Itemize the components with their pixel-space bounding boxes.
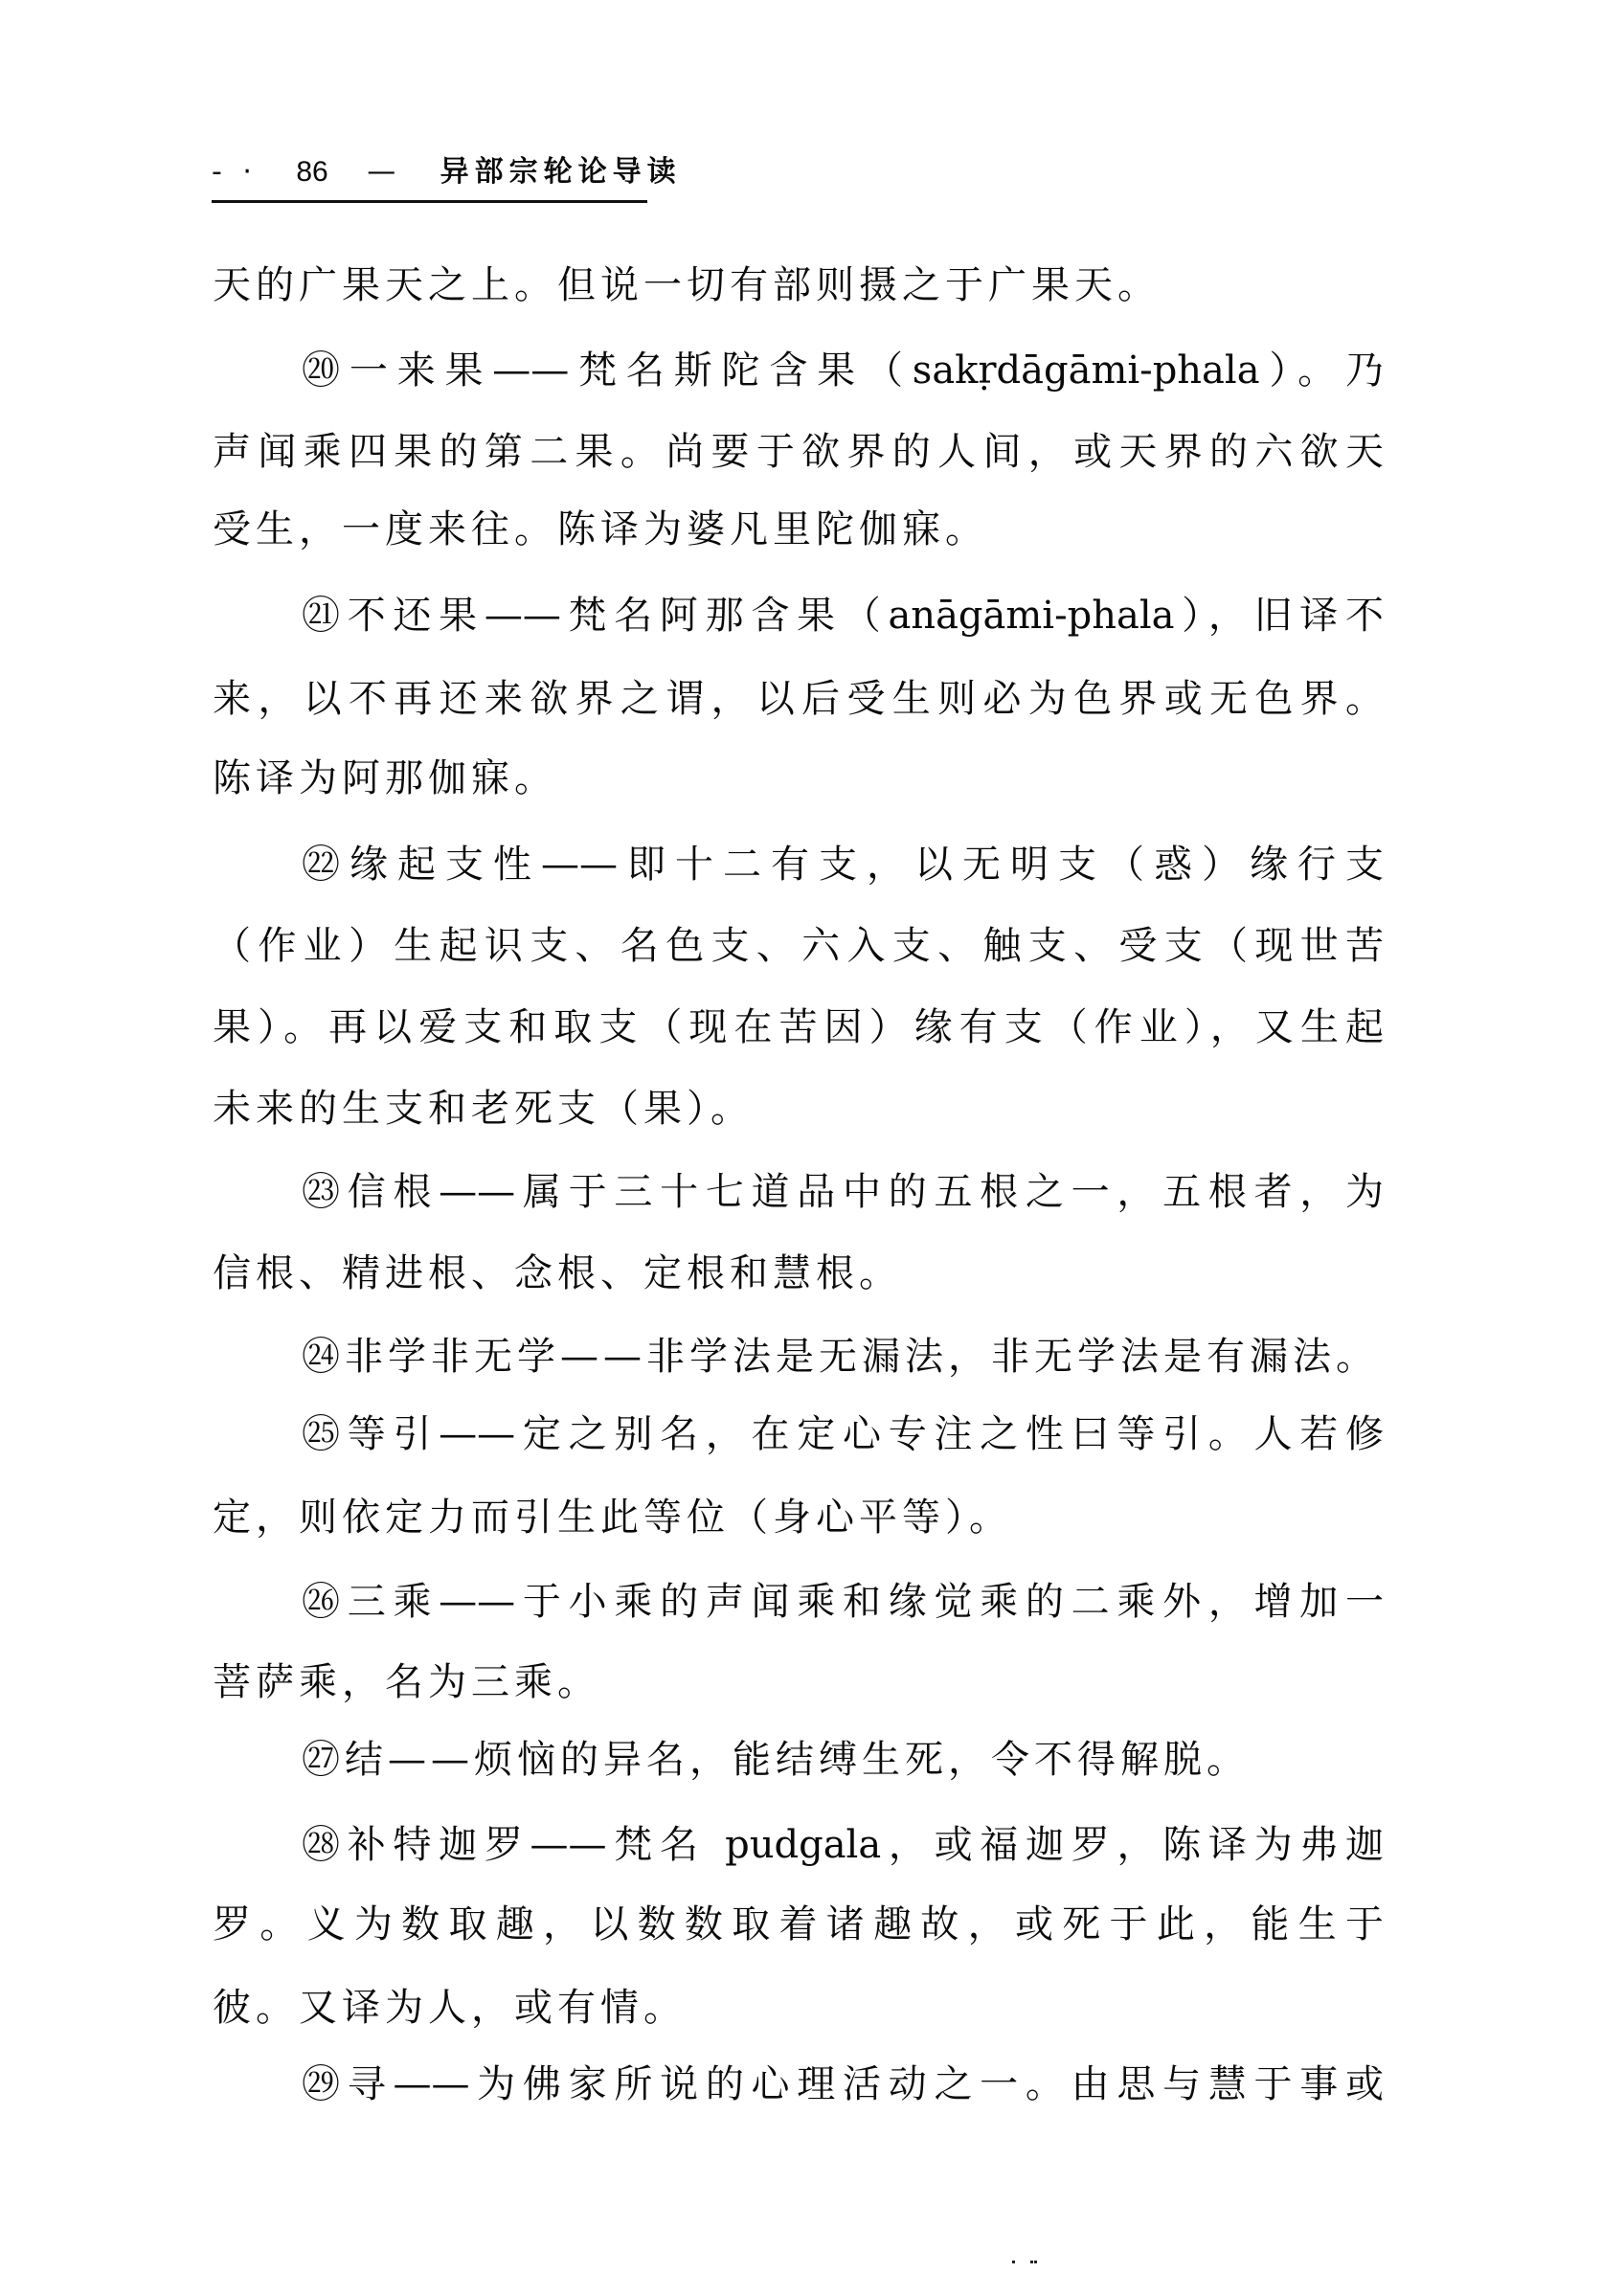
text-line: 定，则依定力而引生此等位（身心平等）。 xyxy=(213,1496,1384,1540)
text-line: 天的广果天之上。但说一切有部则摄之于广果天。 xyxy=(213,263,1384,307)
text-line: 信根、精进根、念根、定根和慧根。 xyxy=(213,1251,1384,1295)
note-29-line: ㉙寻——为佛家所说的心理活动之一。由思与慧于事或 xyxy=(302,2062,1384,2106)
text-line: 未来的生支和老死支（果）。 xyxy=(213,1087,1384,1131)
note-24-line: ㉔非学非无学——非学法是无漏法，非无学法是有漏法。 xyxy=(302,1335,1384,1379)
text-line: 陈译为阿那伽寐。 xyxy=(213,756,1384,800)
note-27-line: ㉗结——烦恼的异名，能结缚生死，令不得解脱。 xyxy=(302,1738,1384,1782)
running-head-lead: - · xyxy=(212,155,258,189)
text-line: 来，以不再还来欲界之谓，以后受生则必为色界或无色界。 xyxy=(213,677,1384,721)
book-title: 异部宗轮论导读 xyxy=(440,155,682,189)
note-23-line: ㉓信根——属于三十七道品中的五根之一，五根者，为 xyxy=(302,1170,1384,1214)
text-line: 声闻乘四果的第二果。尚要于欲界的人间，或天界的六欲天 xyxy=(213,430,1384,474)
note-22-line: ㉒缘起支性——即十二有支，以无明支（惑）缘行支 xyxy=(302,843,1384,887)
text-line: 罗。义为数取趣，以数数取着诸趣故，或死于此，能生于 xyxy=(213,1902,1384,1946)
running-head: - · 86 — 异部宗轮论导读 xyxy=(212,153,648,191)
note-26-line: ㉖三乘——于小乘的声闻乘和缘觉乘的二乘外，增加一 xyxy=(302,1580,1384,1624)
text-line: 菩萨乘，名为三乘。 xyxy=(213,1660,1384,1704)
note-21-line: ㉑不还果——梵名阿那含果（anāgāmi-phala），旧译不 xyxy=(302,594,1384,638)
text-line: 果）。再以爱支和取支（现在苦因）缘有支（作业），又生起 xyxy=(213,1005,1384,1049)
scan-speck xyxy=(1034,2261,1037,2263)
scan-speck xyxy=(1030,2261,1033,2263)
book-page: - · 86 — 异部宗轮论导读 天的广果天之上。但说一切有部则摄之于广果天。 … xyxy=(0,0,1624,2295)
running-head-dash: — xyxy=(367,155,395,189)
page-number: 86 xyxy=(296,156,327,188)
note-20-line: ⑳一来果——梵名斯陀含果（sakṛdāgāmi-phala）。乃 xyxy=(302,349,1384,393)
text-line: 彼。又译为人，或有情。 xyxy=(213,1986,1384,2030)
scan-speck xyxy=(1012,2261,1015,2263)
text-line: 受生，一度来往。陈译为婆凡里陀伽寐。 xyxy=(213,507,1384,551)
note-25-line: ㉕等引——定之别名，在定心专注之性曰等引。人若修 xyxy=(302,1412,1384,1456)
header-rule xyxy=(212,200,647,203)
text-line: （作业）生起识支、名色支、六入支、触支、受支（现世苦 xyxy=(213,924,1384,968)
note-28-line: ㉘补特迦罗——梵名 pudgala，或福迦罗，陈译为弗迦 xyxy=(302,1823,1384,1867)
